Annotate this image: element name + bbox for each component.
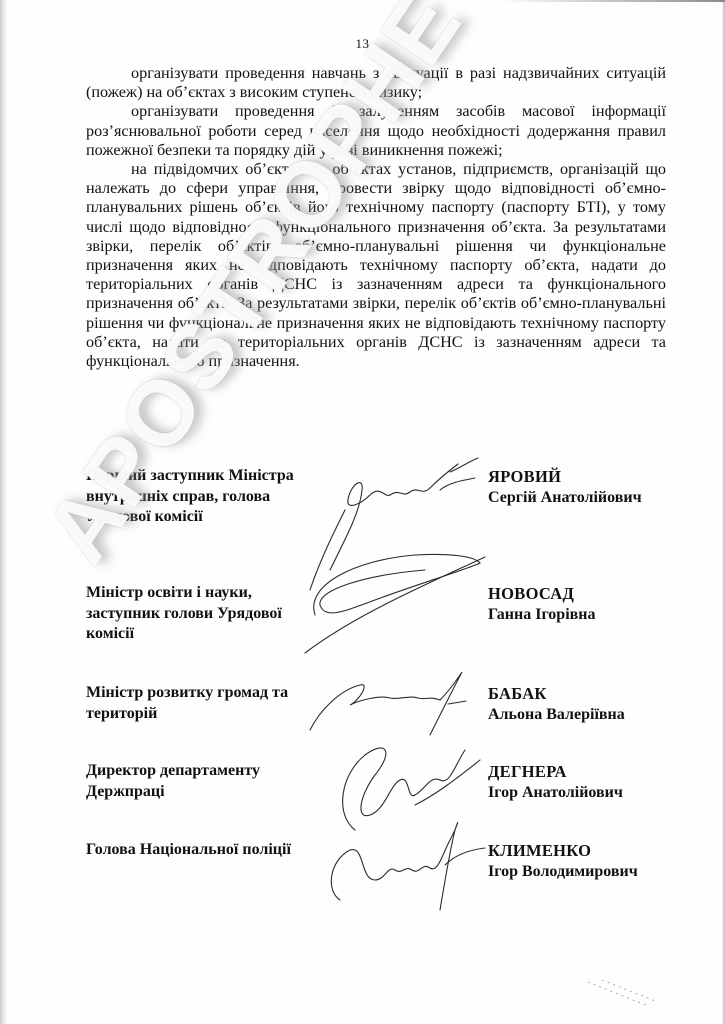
signature-novosad (295, 545, 495, 655)
signatory-title: Директор департаменту Держпраці (86, 761, 296, 802)
signatory-surname: НОВОСАД (488, 583, 688, 604)
signatory-title: Міністр розвитку громад та територій (86, 683, 296, 724)
body-text: організувати проведення навчань з евакуа… (86, 64, 666, 371)
signatory-name: НОВОСАД Ганна Ігорівна (488, 583, 688, 625)
scan-edge-top (500, 0, 725, 2)
paragraph-bti-reconciliation: на підвідомчих об’єктах та об’єктах уста… (86, 160, 666, 371)
signature-yarovyi (290, 450, 490, 600)
signature-klymenko (310, 810, 490, 920)
paragraph-media-outreach: організувати проведення із залученням за… (86, 102, 666, 160)
document-page: 13 організувати проведення навчань з ева… (0, 0, 725, 1024)
signatory-given-names: Ігор Володимирович (488, 861, 688, 882)
signatory-name: ДЕГНЕРА Ігор Анатолійович (488, 761, 688, 803)
signatory-title: Голова Національної поліції (86, 840, 296, 861)
page-number: 13 (0, 36, 725, 52)
signatory-given-names: Ігор Анатолійович (488, 782, 688, 803)
signatory-surname: БАБАК (488, 683, 688, 704)
paragraph-evacuation-training: організувати проведення навчань з евакуа… (86, 64, 666, 102)
signatory-given-names: Альона Валеріївна (488, 704, 688, 725)
signatory-given-names: Сергій Анатолійович (488, 487, 688, 508)
signatory-surname: КЛИМЕНКО (488, 840, 688, 861)
signatory-name: БАБАК Альона Валеріївна (488, 683, 688, 725)
signatory-name: ЯРОВИЙ Сергій Анатолійович (488, 466, 688, 508)
signatory-given-names: Ганна Ігорівна (488, 604, 688, 625)
scan-edge-left (0, 0, 7, 1024)
signature-dehnera (315, 735, 485, 835)
signatory-surname: ЯРОВИЙ (488, 466, 688, 487)
signatory-title: Перший заступник Міністра внутрішніх спр… (86, 466, 296, 528)
signatory-name: КЛИМЕНКО Ігор Володимирович (488, 840, 688, 882)
signatory-title: Міністр освіти і науки, заступник голови… (86, 583, 296, 645)
signatory-surname: ДЕГНЕРА (488, 761, 688, 782)
scan-artifact (588, 980, 658, 1008)
signature-babak (300, 670, 480, 740)
